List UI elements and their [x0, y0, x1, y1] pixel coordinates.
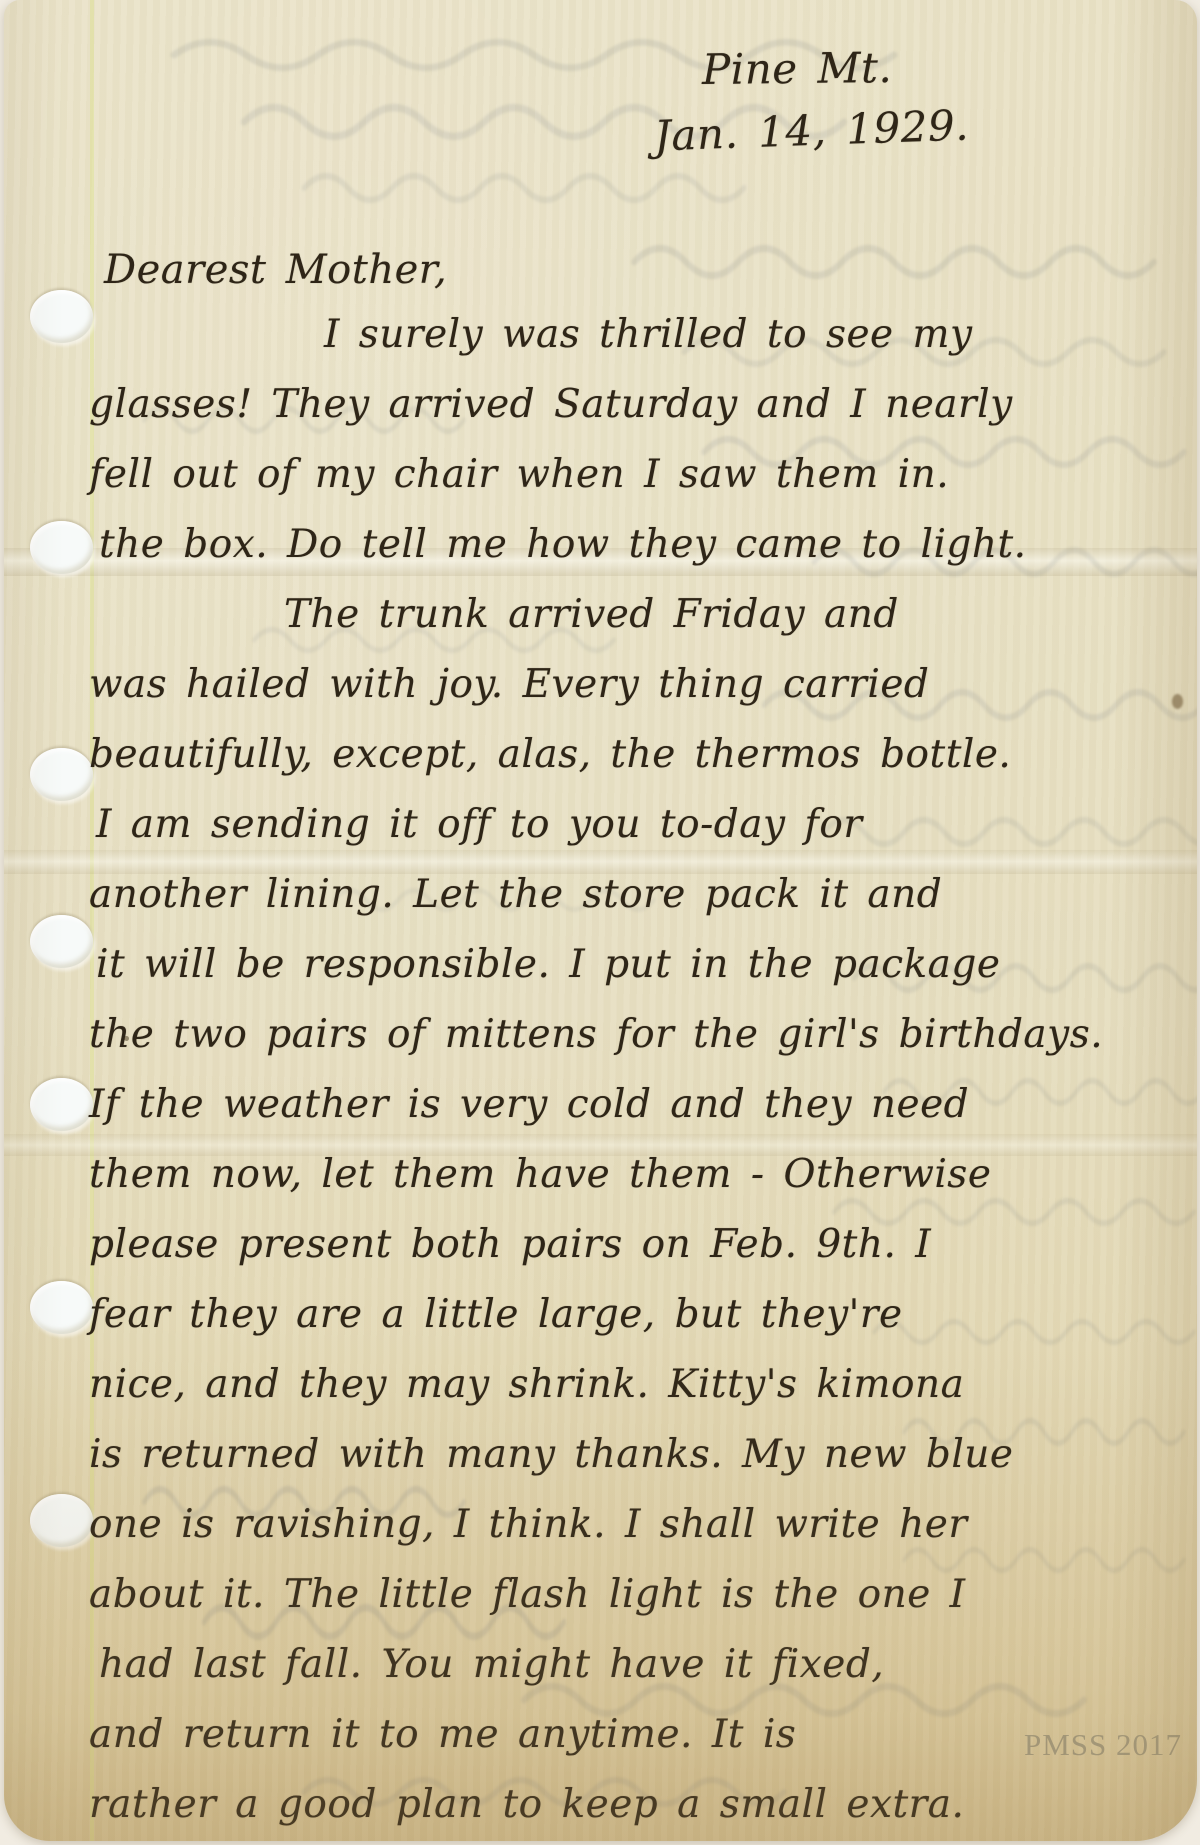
punch-hole: [30, 521, 93, 574]
letter-line: rather a good plan to keep a small extra…: [89, 1785, 964, 1824]
letter-line: If the weather is very cold and they nee…: [89, 1085, 969, 1124]
letter-line: the box. Do tell me how they came to lig…: [99, 525, 1027, 564]
letter-line: I surely was thrilled to see my: [324, 315, 973, 354]
ink-stain: [1172, 694, 1183, 709]
letter-line: had last fall. You might have it fixed,: [99, 1645, 884, 1684]
letter-line: about it. The little flash light is the …: [89, 1575, 966, 1614]
letter-line: another lining. Let the store pack it an…: [89, 875, 942, 914]
letter-line: one is ravishing, I think. I shall write…: [89, 1505, 967, 1544]
punch-hole: [30, 915, 93, 968]
letter-line: I am sending it off to you to-day for: [96, 805, 862, 844]
letter-line: fell out of my chair when I saw them in.: [89, 455, 949, 494]
letter-line: and return it to me anytime. It is: [89, 1715, 796, 1754]
letter-line: is returned with many thanks. My new blu…: [89, 1435, 1014, 1474]
punch-hole: [30, 1281, 93, 1334]
letter-line: The trunk arrived Friday and: [284, 595, 899, 634]
letter-line: it will be responsible. I put in the pac…: [96, 945, 1000, 984]
letter-line: fear they are a little large, but they'r…: [89, 1295, 903, 1334]
letter-photo: Pine Mt. Jan. 14, 1929. Dearest Mother, …: [0, 0, 1200, 1845]
letter-page: Pine Mt. Jan. 14, 1929. Dearest Mother, …: [4, 0, 1197, 1841]
archive-watermark: PMSS 2017: [1024, 1727, 1182, 1763]
letter-line: the two pairs of mittens for the girl's …: [89, 1015, 1103, 1054]
heading-date: Jan. 14, 1929.: [653, 105, 969, 158]
letter-line: please present both pairs on Feb. 9th. I: [89, 1225, 931, 1264]
ruled-margin-line: [90, 0, 94, 1841]
letter-line: nice, and they may shrink. Kitty's kimon…: [89, 1365, 964, 1404]
letter-line: was hailed with joy. Every thing carried: [89, 665, 929, 704]
letter-line: them now, let them have them - Otherwise: [89, 1155, 991, 1194]
letter-line: beautifully, except, alas, the thermos b…: [89, 735, 1011, 774]
paper-speck: [124, 1036, 129, 1041]
salutation: Dearest Mother,: [104, 250, 447, 290]
heading-place: Pine Mt.: [702, 47, 893, 91]
punch-hole: [30, 1494, 93, 1547]
letter-line: glasses! They arrived Saturday and I nea…: [89, 385, 1013, 424]
punch-hole: [30, 748, 93, 801]
punch-hole: [30, 1078, 93, 1131]
fold-crease: [4, 850, 1197, 874]
punch-hole: [30, 290, 93, 343]
